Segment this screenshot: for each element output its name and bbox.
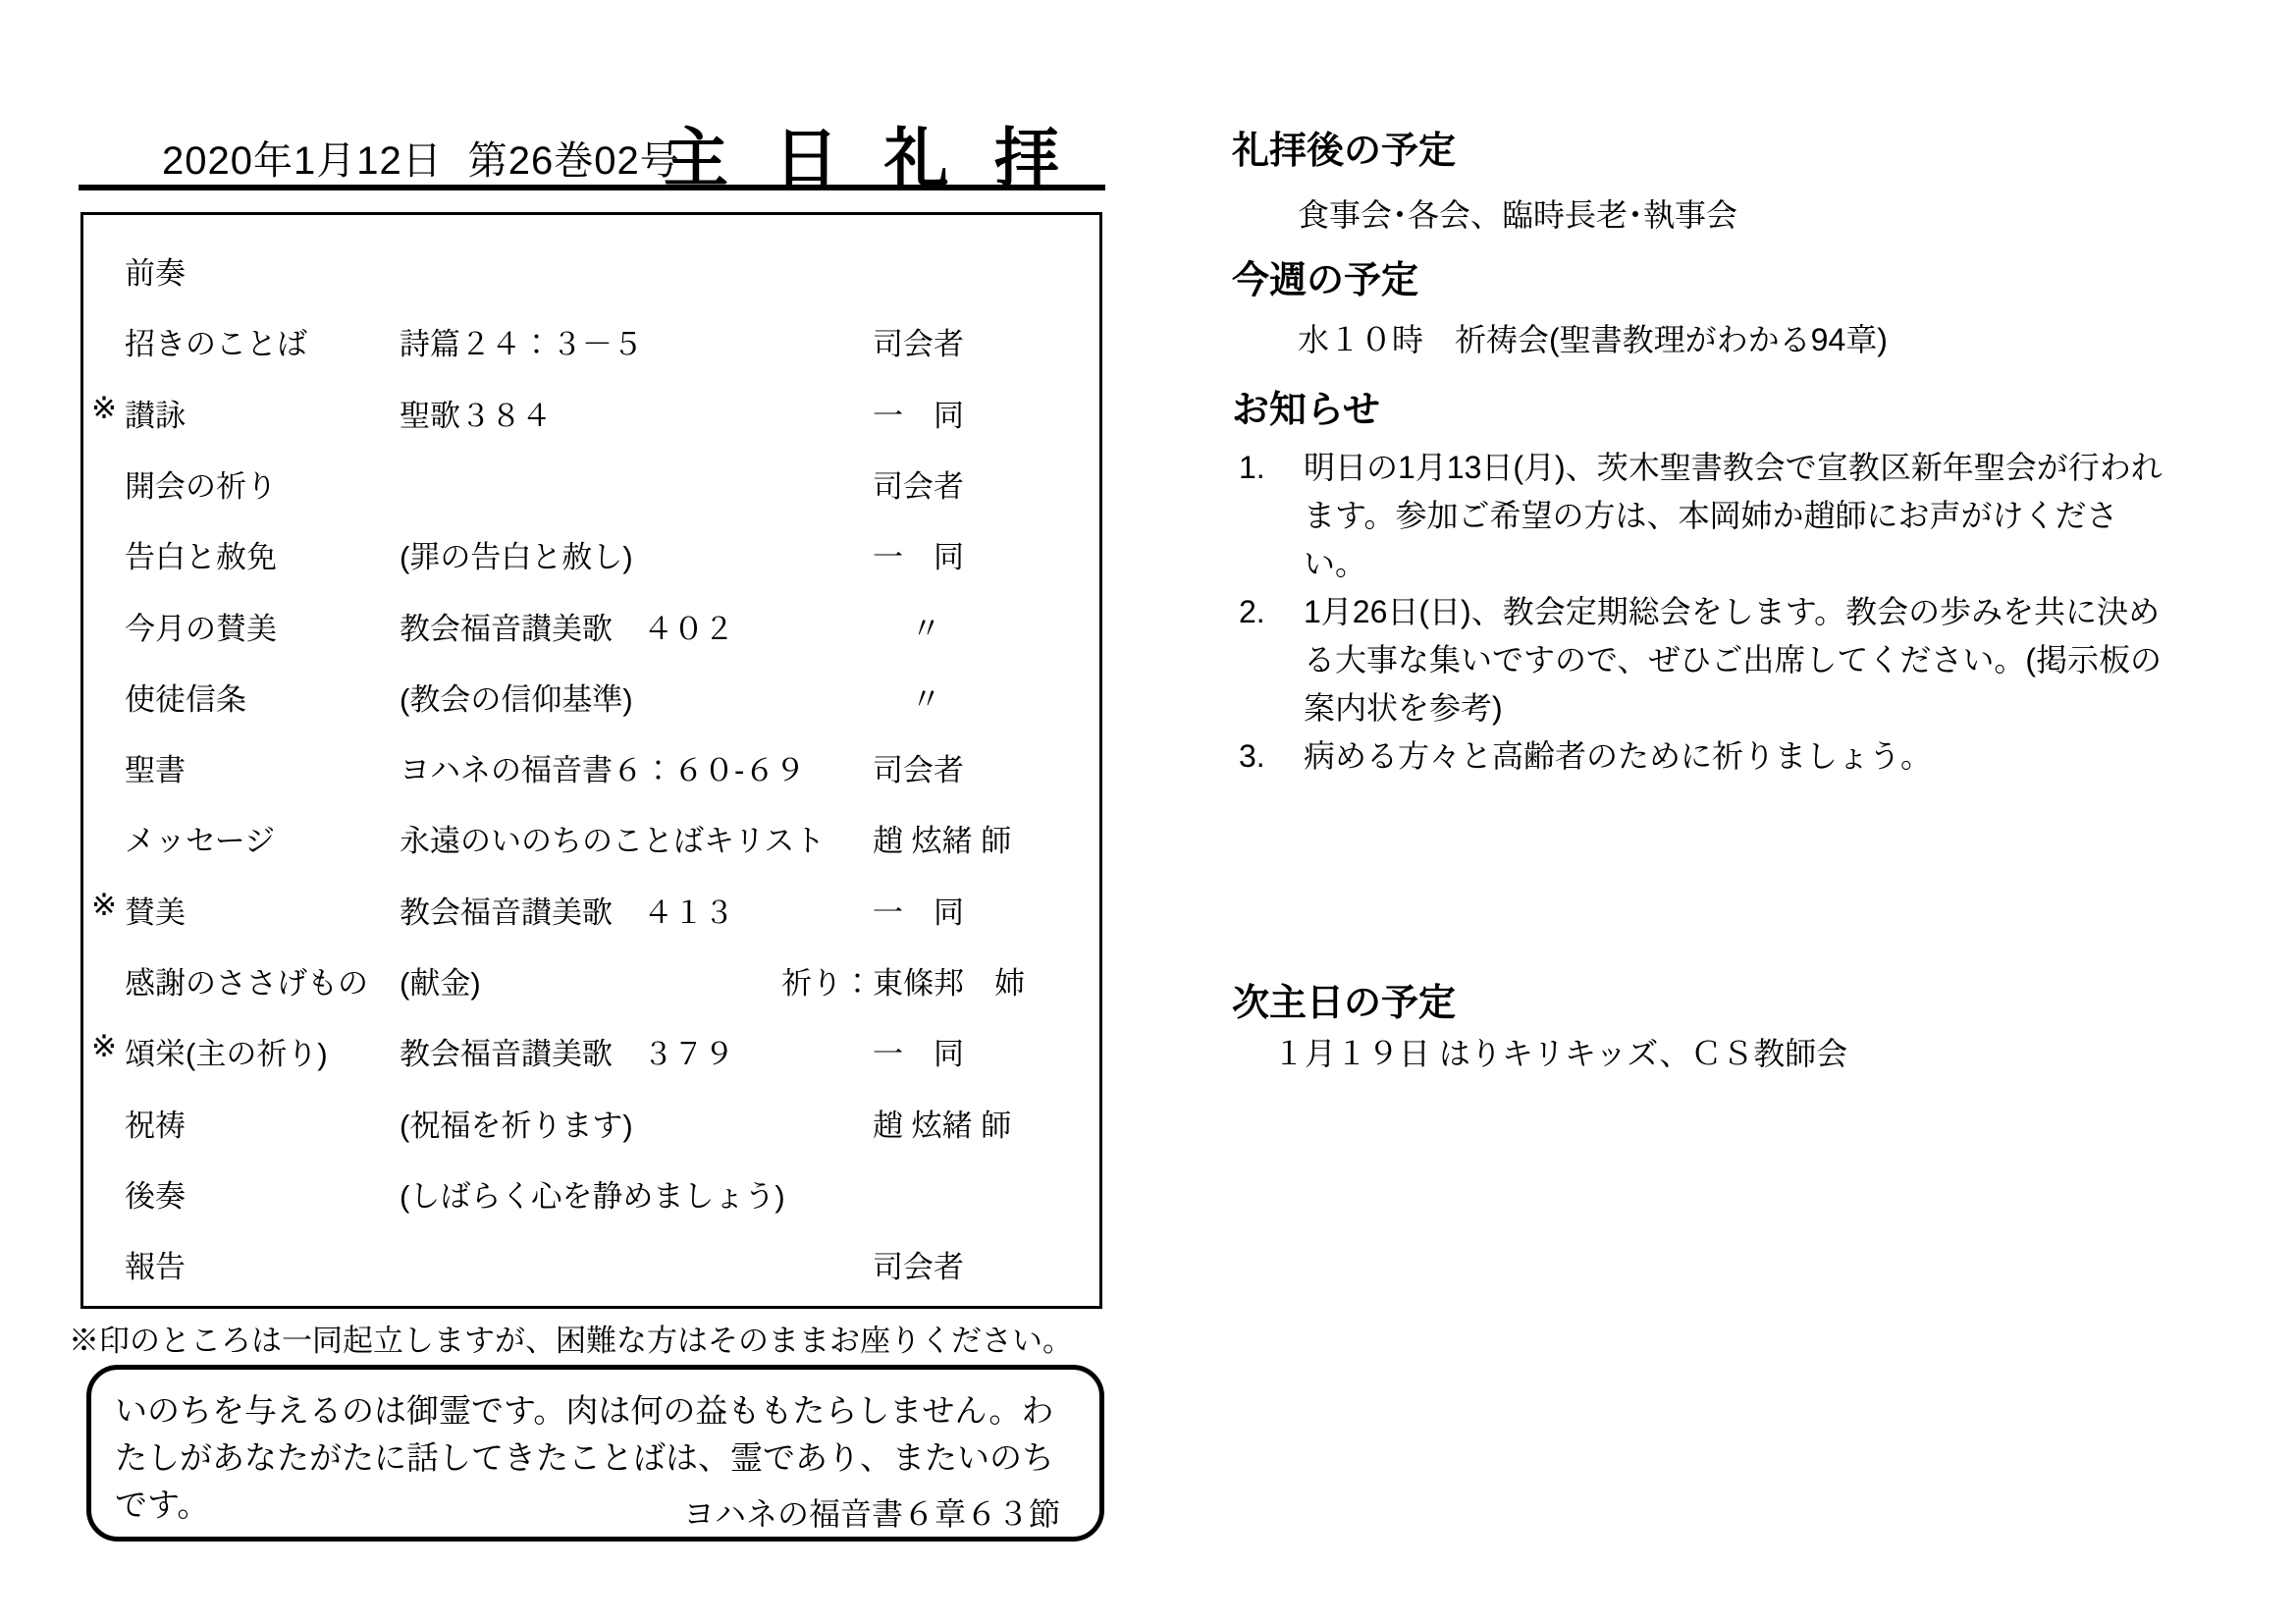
program-item-label: 告白と赦免 — [125, 532, 277, 576]
program-item-label: 招きのことば — [125, 319, 307, 363]
program-item-content: 聖歌３８４ — [400, 391, 552, 435]
program-item-leader: 司会者 — [873, 745, 964, 789]
notice-item: 3. 病める方々と高齢者のために祈りましょう。 — [1239, 732, 2265, 781]
worship-program-box: 前奏 招きのことば 詩篇２４：３－５ 司会者 ※ 讃詠 聖歌３８４ 一 同 開会… — [80, 212, 1102, 1309]
notice-item: 1. 明日の1月13日(月)、茨木聖書教会で宣教区新年聖会が行われ ます。参加ご… — [1239, 444, 2265, 588]
program-item-content: (教会の信仰基準) — [400, 675, 633, 719]
program-row: 今月の賛美 教会福音讃美歌 ４０２ 〃 — [83, 604, 1099, 647]
notice-text: 明日の1月13日(月)、茨木聖書教会で宣教区新年聖会が行われ ます。参加ご希望の… — [1304, 444, 2265, 588]
notice-item: 2. 1月26日(日)、教会定期総会をします。教会の歩みを共に決め る大事な集い… — [1239, 588, 2265, 732]
program-row: メッセージ 永遠のいのちのことばキリスト 趙 炫緒 師 — [83, 816, 1099, 859]
next-sunday-body: １月１９日 はりキリキッズ、ＣＳ教師会 — [1273, 1029, 1847, 1074]
program-item-content: 永遠のいのちのことばキリスト — [400, 816, 825, 860]
after-service-body: 食事会･各会、臨時長老･執事会 — [1298, 190, 1737, 236]
program-item-content: (祝福を祈ります) — [400, 1101, 633, 1145]
standing-footnote: ※印のところは一同起立しますが、困難な方はそのままお座りください。 — [69, 1316, 1073, 1360]
ditto-mark: 〃 — [911, 675, 941, 719]
scripture-quote-box: いのちを与えるのは御霊です。肉は何の益ももたらしません。わ たしがあなたがたに話… — [86, 1365, 1104, 1542]
notice-list: 1. 明日の1月13日(月)、茨木聖書教会で宣教区新年聖会が行われ ます。参加ご… — [1239, 444, 2265, 781]
program-item-label: 賛美 — [125, 888, 186, 932]
program-row: 使徒信条 (教会の信仰基準) 〃 — [83, 675, 1099, 718]
program-item-content: (しばらく心を静めましょう) — [400, 1171, 785, 1216]
scripture-quote-reference: ヨハネの福音書６章６３節 — [683, 1489, 1060, 1535]
program-item-label: 開会の祈り — [125, 461, 277, 506]
program-item-leader: 一 同 — [873, 888, 964, 932]
program-item-content: ヨハネの福音書６：６０-６９ — [400, 745, 805, 789]
notice-number: 1. — [1239, 444, 1304, 492]
standing-mark: ※ — [91, 391, 117, 426]
program-row: 後奏 (しばらく心を静めましょう) — [83, 1171, 1099, 1215]
notice-text: 1月26日(日)、教会定期総会をします。教会の歩みを共に決め る大事な集いですの… — [1304, 588, 2265, 732]
program-item-leader: 一 同 — [873, 532, 964, 576]
standing-mark: ※ — [91, 1029, 117, 1064]
program-item-label: 報告 — [125, 1242, 186, 1286]
program-item-label: 聖書 — [125, 745, 186, 789]
standing-mark: ※ — [91, 888, 117, 923]
program-item-label: メッセージ — [125, 816, 275, 860]
program-item-leader: 趙 炫緒 師 — [873, 1101, 1011, 1145]
program-item-label: 祝祷 — [125, 1101, 186, 1145]
program-item-content: (罪の告白と赦し) — [400, 532, 633, 576]
program-item-label: 前奏 — [125, 248, 186, 293]
section-heading-notices: お知らせ — [1232, 379, 1380, 433]
program-item-leader: 司会者 — [873, 319, 964, 363]
section-heading-after-service: 礼拝後の予定 — [1232, 120, 1456, 174]
this-week-body: 水１０時 祈祷会(聖書教理がわかる94章) — [1298, 315, 1888, 360]
ditto-mark: 〃 — [911, 604, 941, 648]
program-item-label: 頌栄(主の祈り) — [125, 1029, 328, 1073]
header-date-issue: 2020年1月12日第26巻02号 — [162, 130, 680, 186]
program-item-leader: 一 同 — [873, 391, 964, 435]
notice-text: 病める方々と高齢者のために祈りましょう。 — [1304, 732, 2265, 781]
program-item-leader: 一 同 — [873, 1029, 964, 1073]
program-item-leader: 司会者 — [873, 1242, 964, 1286]
program-row: 聖書 ヨハネの福音書６：６０-６９ 司会者 — [83, 745, 1099, 788]
program-row: 報告 司会者 — [83, 1242, 1099, 1285]
program-row: 開会の祈り 司会者 — [83, 461, 1099, 505]
notice-number: 2. — [1239, 588, 1304, 636]
program-item-content: 教会福音讃美歌 ４１３ — [400, 888, 734, 932]
program-item-label: 感謝のささげもの — [125, 958, 368, 1002]
program-row: ※ 賛美 教会福音讃美歌 ４１３ 一 同 — [83, 888, 1099, 931]
program-item-content: 教会福音讃美歌 ３７９ — [400, 1029, 734, 1073]
program-item-leader: 司会者 — [873, 461, 964, 506]
section-heading-this-week: 今週の予定 — [1232, 249, 1418, 303]
section-heading-next-sunday: 次主日の予定 — [1232, 972, 1456, 1026]
program-item-leader: 趙 炫緒 師 — [873, 816, 1011, 860]
program-row: ※ 讃詠 聖歌３８４ 一 同 — [83, 391, 1099, 434]
program-row: 感謝のささげもの (献金) 祈り：東條邦 姉 — [83, 958, 1099, 1001]
program-item-label: 讃詠 — [125, 391, 186, 435]
program-item-label: 後奏 — [125, 1171, 186, 1216]
issue-date: 2020年1月12日 — [162, 139, 443, 183]
program-row: 告白と赦免 (罪の告白と赦し) 一 同 — [83, 532, 1099, 575]
program-item-content: (献金) — [400, 958, 481, 1002]
program-row: ※ 頌栄(主の祈り) 教会福音讃美歌 ３７９ 一 同 — [83, 1029, 1099, 1072]
program-row: 祝祷 (祝福を祈ります) 趙 炫緒 師 — [83, 1101, 1099, 1144]
program-row: 招きのことば 詩篇２４：３－５ 司会者 — [83, 319, 1099, 362]
program-item-content: 詩篇２４：３－５ — [400, 319, 643, 363]
program-item-label: 今月の賛美 — [125, 604, 277, 648]
program-item-content: 教会福音讃美歌 ４０２ — [400, 604, 734, 648]
program-item-label: 使徒信条 — [125, 675, 246, 719]
issue-number: 第26巻02号 — [468, 139, 680, 183]
program-row: 前奏 — [83, 248, 1099, 292]
bulletin-page: 2020年1月12日第26巻02号 主 日 礼 拝 前奏 招きのことば 詩篇２４… — [0, 0, 2296, 1624]
notice-number: 3. — [1239, 732, 1304, 781]
header-divider — [79, 185, 1105, 190]
program-item-leader: 祈り：東條邦 姉 — [781, 958, 1025, 1002]
